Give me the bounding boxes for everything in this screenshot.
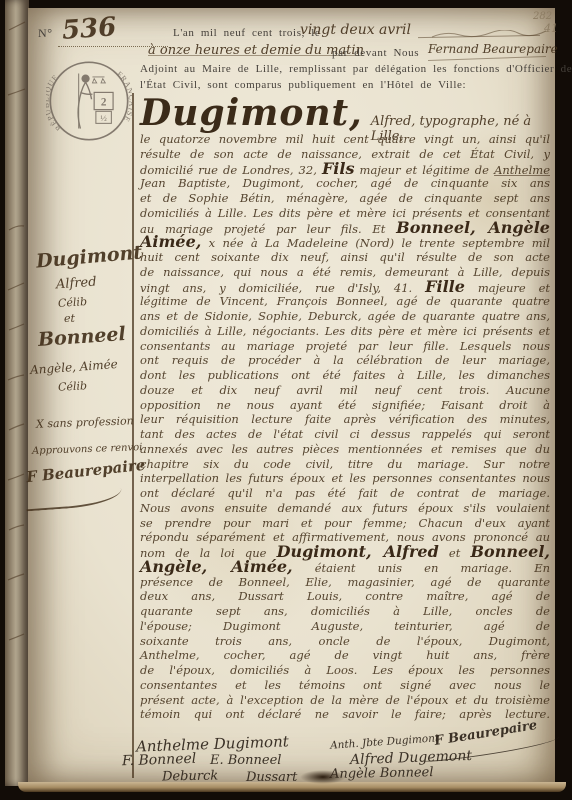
act-number-label: N° [38, 26, 53, 41]
body-line: se prendre pour mari et pour femme; Chac… [140, 516, 550, 531]
body-line: leur réquisition lecture faite après vér… [140, 412, 550, 427]
body-line: ont déclaré qu'il n'a pas été fait de co… [140, 486, 550, 501]
preprinted-date-line: L'an mil neuf cent trois, le [173, 27, 320, 39]
body-line: interpellation les futurs époux et les p… [140, 471, 550, 486]
body-line: douze et dix neuf avril mil neuf cent tr… [140, 383, 550, 398]
body-line: de l'époux, domiciliés à Loos. Les époux… [140, 663, 550, 678]
previous-page-edge [5, 0, 29, 786]
body-line: deux ans, Dussart Louis, contre maître, … [140, 589, 550, 604]
body-line: opposition ne nous ayant été signifiée; … [140, 398, 550, 413]
page-bottom-edge [18, 782, 566, 792]
body-line: de naissance, qui nous a été remis, deme… [140, 265, 550, 280]
body-lines: le quatorze novembre mil huit cent quatr… [140, 132, 550, 722]
handwritten-date: vingt deux avril [300, 22, 411, 38]
preprinted-title-line: l'État Civil, sont comparus publiquement… [140, 79, 466, 91]
body-line: chapitre six du code civil, titre du mar… [140, 457, 550, 472]
body-line: domiciliés à Lille, négociants. Les dits… [140, 324, 550, 339]
body-line: et de Sophie Bétin, ménagère, agée de ci… [140, 191, 550, 206]
stamp-denomination: 2 ½ [94, 92, 113, 123]
body-line: quarante sept ans, domiciliés à Lille, o… [140, 604, 550, 619]
body-line: l'épouse; Dugimont Auguste, teinturier, … [140, 619, 550, 634]
body-line: annexés avec les autres pièces mentionné… [140, 442, 550, 457]
body-line: présence de Bonneel, Elie, magasinier, a… [140, 575, 550, 590]
svg-text:2: 2 [101, 96, 107, 108]
republique-francaise-stamp: RÉPUBLIQUE FRANÇAISE 2 ½ [46, 58, 132, 144]
body-line: domicilié rue de Londres, 32, Fils majeu… [140, 162, 550, 177]
body-line: tant des actes de l'état civil ci dessus… [140, 427, 550, 442]
body-line: huit cent soixante dix neuf, ainsi qu'il… [140, 250, 550, 265]
body-line: témoin qui ont déclaré ne savoir le fair… [140, 707, 550, 722]
body-line: Jean Baptiste, Dugimont, cocher, agé de … [140, 176, 550, 191]
body-line: consentantes et les témoins ont signé av… [140, 678, 550, 693]
signature: E. Bonneel [210, 753, 281, 768]
body-line: ans et de Sidonie, Sophie, Deburck, agée… [140, 309, 550, 324]
preprinted-officiant-line: par devant Nous [332, 47, 419, 59]
archival-corner-note: 282 [533, 11, 552, 22]
body-line: vingt ans, y domiciliée, rue d'Isly, 41.… [140, 280, 550, 295]
svg-text:½: ½ [100, 113, 107, 123]
previous-page-writing-fragments [5, 0, 29, 786]
stamp-arc-right: FRANÇAISE [115, 69, 132, 123]
body-line: Nous avons ensuite demandé aux futurs ép… [140, 501, 550, 516]
body-line: légitime de Vincent, François Bonneel, a… [140, 294, 550, 309]
act-opening-line: Dugimont, Alfred, typographe, né à Lille… [140, 92, 550, 132]
margin-rule [132, 93, 134, 778]
act-body: Dugimont, Alfred, typographe, né à Lille… [140, 92, 550, 722]
handwritten-officiant-name: Fernand Beaurepaire [428, 42, 558, 56]
body-line: soixante trois ans, oncle de l'époux, Du… [140, 634, 550, 649]
preprinted-title-line: Adjoint au Maire de Lille, remplissant p… [140, 63, 572, 75]
signature: Angèle Bonneel [330, 765, 434, 782]
body-line: Aimée, x née à La Madeleine (Nord) le tr… [140, 235, 550, 250]
body-line: au mariage projeté par leur fils. Et Bon… [140, 221, 550, 236]
body-line: dont les publications ont été faites à L… [140, 368, 550, 383]
body-line: consentants au mariage projeté par leur … [140, 339, 550, 354]
body-line: ont requis de procéder à la célébration … [140, 353, 550, 368]
svg-text:RÉPUBLIQUE: RÉPUBLIQUE [46, 73, 63, 133]
act-number-value: 536 [61, 12, 117, 46]
body-line: Anthelme, cocher, agé de vingt huit ans,… [140, 648, 550, 663]
stamp-arc-left: RÉPUBLIQUE [46, 73, 63, 133]
margin-groom-status: Célib [58, 295, 88, 310]
body-line: le quatorze novembre mil huit cent quatr… [140, 132, 550, 147]
groom-name-calligraphy: Dugimont, [140, 92, 363, 134]
body-line: présent acte, à l'exception de la mère d… [140, 693, 550, 708]
svg-text:FRANÇAISE: FRANÇAISE [115, 69, 132, 123]
register-photo: N° 536 282 41 L'an mil neuf cent trois, … [0, 0, 572, 800]
body-line: Angèle, Aimée, étaient unis en mariage. … [140, 560, 550, 575]
margin-groom-firstname: Alfred [56, 275, 98, 293]
margin-bride-status: Célib [58, 379, 88, 394]
signature: F. Bonneel [122, 751, 197, 770]
margin-conjunction: et [64, 312, 75, 325]
